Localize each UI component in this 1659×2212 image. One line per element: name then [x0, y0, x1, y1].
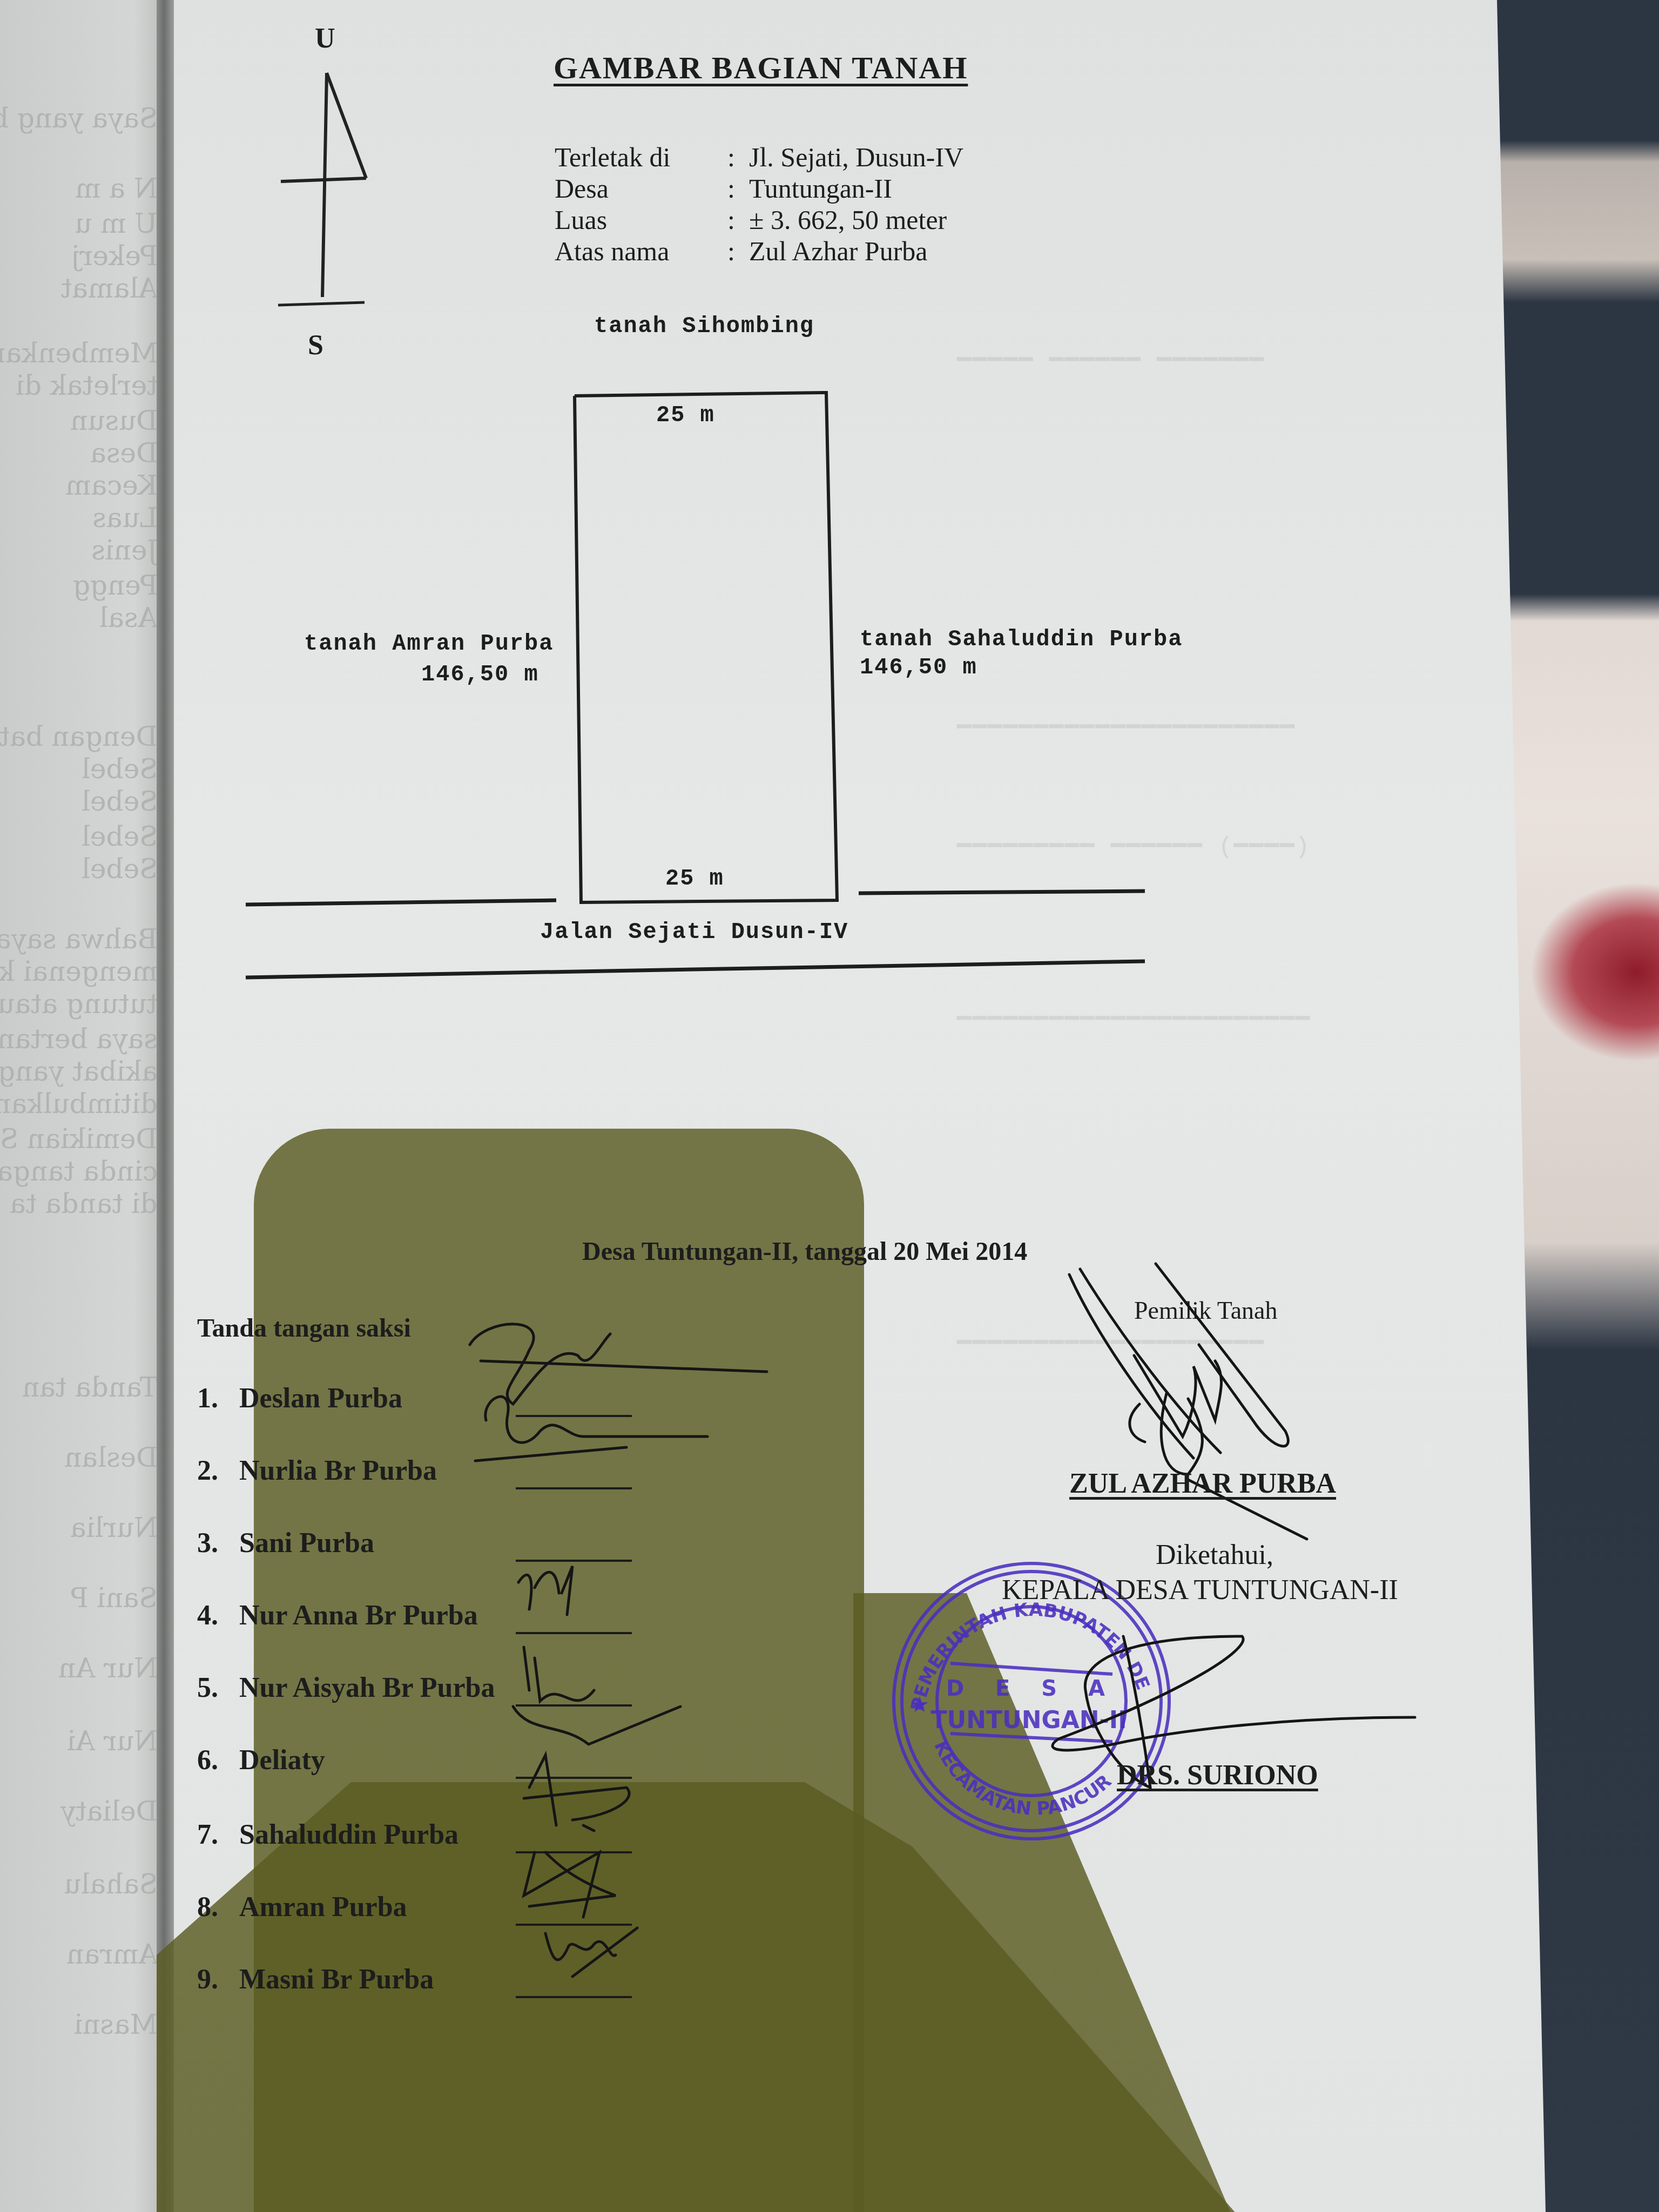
left-page-ghost-text: Alamat [61, 273, 158, 304]
witness-name: Nur Anna Br Purba [239, 1600, 478, 1631]
left-page-ghost-text: akibat yang [0, 1056, 158, 1087]
witness-name: Masni Br Purba [239, 1964, 434, 1995]
west-length-label: 146,50 m [421, 662, 539, 687]
east-neighbor-label: tanah Sahaluddin Purba [860, 626, 1183, 652]
left-facing-page: Saya yang bN a mU m uPekerjAlamatMembenk… [0, 0, 167, 2212]
left-page-ghost-text: terletak di [16, 370, 158, 401]
left-page-ghost-text: Saya yang b [0, 103, 158, 134]
road-label: Jalan Sejati Dusun-IV [540, 919, 848, 945]
left-page-ghost-text: Bahwa saya [0, 923, 158, 955]
left-page-ghost-text: Amran [66, 1939, 158, 1970]
witness-number: 3. [197, 1527, 218, 1559]
witness-number: 8. [197, 1891, 218, 1923]
witness-number: 9. [197, 1964, 218, 1995]
land-plot-outline [562, 386, 853, 905]
left-page-ghost-text: Dusun [70, 405, 158, 436]
left-page-ghost-text: saya bertan [0, 1023, 158, 1055]
info-row-owner: Atas nama:Zul Azhar Purba [555, 235, 963, 267]
info-row-location: Terletak di:Jl. Sejati, Dusun-IV [555, 141, 963, 173]
left-page-ghost-text: Nur Ai [67, 1725, 158, 1757]
owner-signature [1058, 1258, 1350, 1550]
left-page-ghost-text: Sebel [82, 853, 158, 885]
left-page-ghost-text: Kecam [65, 470, 158, 501]
left-page-ghost-text: Deliaty [60, 1796, 158, 1827]
left-page-ghost-text: Deslan [64, 1442, 158, 1473]
info-row-area: Luas:± 3. 662, 50 meter [555, 204, 963, 235]
left-page-ghost-text: Membenkan [0, 338, 158, 369]
left-page-ghost-text: N a m [75, 173, 158, 204]
left-page-ghost-text: tutung atau [0, 988, 158, 1020]
witness-number: 2. [197, 1455, 218, 1487]
left-page-ghost-text: mengenai k [0, 956, 158, 987]
compass-north-label: U [315, 23, 335, 55]
left-page-ghost-text: Nurlia [70, 1512, 158, 1543]
witness-name: Deslan Purba [239, 1382, 402, 1414]
left-page-ghost-text: ditimbulkan [0, 1088, 158, 1120]
land-info-table: Terletak di:Jl. Sejati, Dusun-IV Desa:Tu… [555, 141, 963, 267]
witness-signatures [464, 1312, 788, 2014]
witness-name: Deliaty [239, 1744, 325, 1776]
left-page-ghost-text: Asal [99, 602, 158, 633]
left-page-ghost-text: Sani P [70, 1582, 158, 1614]
left-page-ghost-text: Pekerj [71, 240, 158, 272]
village-head-title: KEPALA DESA TUNTUNGAN-II [1002, 1574, 1398, 1606]
witness-number: 5. [197, 1672, 218, 1704]
book-spine [157, 0, 175, 2212]
compass-south-label: S [308, 329, 323, 361]
bleed-through-text: ━━━━━━━━━━━━━━━━━━━━━━━ [957, 1004, 1605, 1034]
east-length-label: 146,50 m [860, 655, 977, 680]
acknowledged-label: Diketahui, [1156, 1539, 1273, 1571]
witness-number: 6. [197, 1744, 218, 1776]
witness-name: Nur Aisyah Br Purba [239, 1672, 495, 1704]
village-head-name: DRS. SURIONO [1117, 1759, 1318, 1791]
witnesses-heading: Tanda tangan saksi [197, 1313, 411, 1343]
left-page-ghost-text: cinda tangan [0, 1156, 158, 1187]
left-page-ghost-text: Tanda tan [22, 1372, 158, 1403]
west-neighbor-label: tanah Amran Purba [304, 631, 554, 657]
document-title: GAMBAR BAGIAN TANAH [554, 50, 968, 86]
left-page-ghost-text: Nur An [58, 1653, 158, 1684]
left-page-ghost-text: Sahalu [64, 1869, 158, 1900]
left-page-ghost-text: Masni [74, 2009, 158, 2040]
left-page-ghost-text: Desa [90, 437, 158, 469]
left-page-ghost-text: Jenis [91, 535, 158, 566]
left-page-ghost-text: Sebel [82, 821, 158, 852]
witness-name: Nurlia Br Purba [239, 1455, 437, 1487]
north-arrow-icon [270, 22, 394, 367]
plot-top-width-label: 25 m [656, 402, 715, 428]
witness-number: 1. [197, 1382, 218, 1414]
bleed-through-text: ━━━━━━━━━ ━━━━━━ (━━━━) [957, 832, 1605, 861]
left-page-ghost-text: Pengg [73, 570, 158, 601]
witness-name: Amran Purba [239, 1891, 407, 1923]
witness-number: 7. [197, 1819, 218, 1851]
left-page-ghost-text: Sebel [82, 753, 158, 785]
witness-name: Sahaluddin Purba [239, 1819, 458, 1851]
north-neighbor-label: tanah Sihombing [594, 313, 814, 339]
info-row-village: Desa:Tuntungan-II [555, 173, 963, 204]
left-page-ghost-text: Luas [92, 502, 158, 534]
left-page-ghost-text: Sebel [82, 786, 158, 817]
place-date: Desa Tuntungan-II, tanggal 20 Mei 2014 [582, 1237, 1027, 1266]
witness-number: 4. [197, 1600, 218, 1631]
bleed-through-text: ━━━━━━━━━━━━━━━━━━━━━━ [957, 713, 1605, 742]
left-page-ghost-text: Demikian S [0, 1123, 158, 1155]
witness-name: Sani Purba [239, 1527, 374, 1559]
left-page-ghost-text: Dengan bat [0, 721, 158, 752]
owner-name: ZUL AZHAR PURBA [1069, 1468, 1336, 1500]
left-page-ghost-text: di tanda ta [10, 1188, 158, 1219]
left-page-ghost-text: U m u [75, 208, 158, 239]
svg-text:★: ★ [910, 1692, 929, 1717]
